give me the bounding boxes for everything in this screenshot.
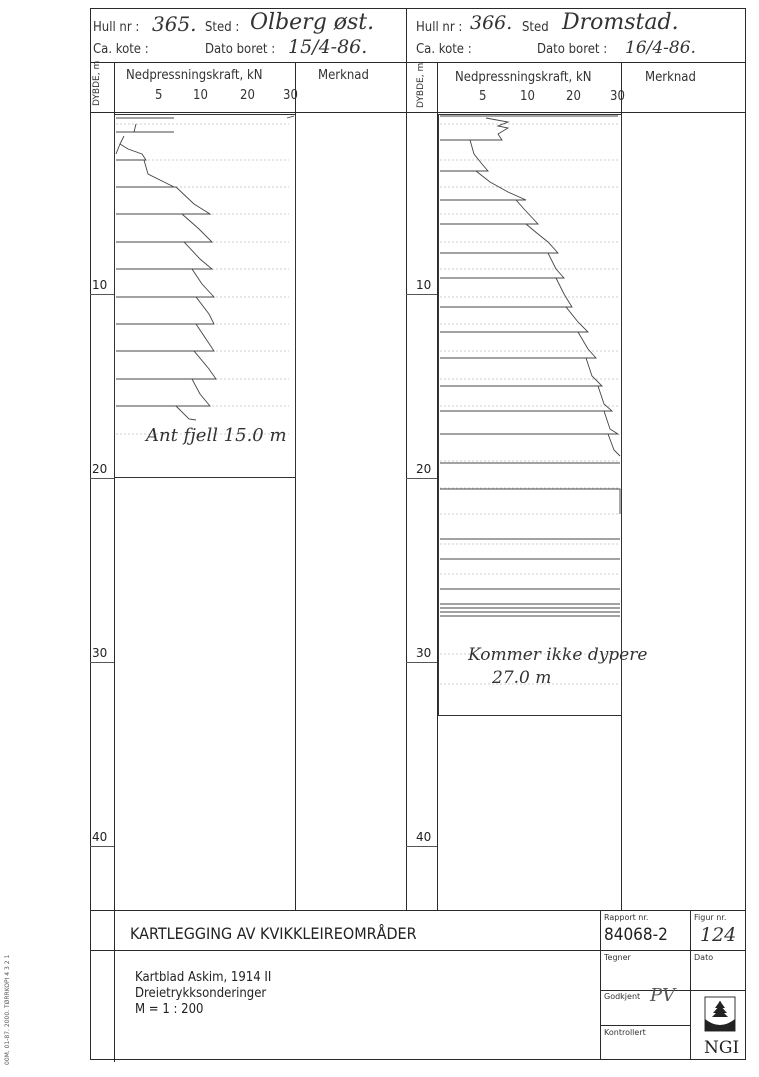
right-dato-label: Dato boret :	[537, 42, 607, 57]
left-sounding-curve	[114, 114, 296, 478]
left-depth-40-line	[90, 846, 114, 847]
right-hull-label: Hull nr :	[416, 20, 462, 35]
left-depth-20-line	[90, 478, 114, 479]
left-tick-10: 10	[193, 88, 208, 103]
left-depth-20: 20	[92, 462, 107, 476]
right-tick-10: 10	[520, 89, 535, 104]
right-depth-20-line	[406, 478, 437, 479]
title-block-top	[90, 910, 746, 911]
godkjent-label: Godkjent	[604, 992, 640, 1001]
title-block-col2	[690, 910, 691, 1060]
left-annotation: Ant fjell 15.0 m	[146, 425, 287, 446]
right-annotation-line1: Kommer ikke dypere	[468, 645, 647, 665]
right-axis-divider	[406, 112, 746, 113]
ngi-logo-text: NGI	[704, 1038, 739, 1058]
left-depth-10-line	[90, 294, 114, 295]
project-title: KARTLEGGING AV KVIKKLEIREOMRÅDER	[130, 924, 417, 943]
left-sted-label: Sted :	[205, 20, 239, 35]
right-depth-10: 10	[416, 278, 431, 292]
right-sounding-curve	[438, 114, 622, 716]
figur-divider	[690, 950, 746, 951]
left-depth-40: 40	[92, 830, 107, 844]
left-sted: Olberg øst.	[250, 10, 374, 35]
left-depth-30-line	[90, 662, 114, 663]
left-hull-label: Hull nr :	[93, 20, 139, 35]
right-force-axis-label: Nedpressningskraft, kN	[455, 70, 591, 85]
right-kote-label: Ca. kote :	[416, 42, 472, 57]
print-side-note: 00M. 01-87. 2000. TØRRKOPI 4 3 2 1	[4, 955, 11, 1065]
right-tick-5: 5	[479, 89, 486, 104]
left-depth-axis-label: DYBDE, m	[92, 61, 102, 106]
left-tick-20: 20	[240, 88, 255, 103]
rapport-label: Rapport nr.	[604, 913, 648, 922]
left-header-divider	[90, 62, 406, 63]
figur-label: Figur nr.	[694, 913, 726, 922]
left-dato-label: Dato boret :	[205, 42, 275, 57]
left-force-axis-label: Nedpressningskraft, kN	[126, 68, 262, 83]
title-block-col1	[600, 910, 601, 1060]
left-tick-5: 5	[155, 88, 162, 103]
left-tick-30: 30	[283, 88, 298, 103]
right-sted-label: Sted	[522, 20, 549, 35]
scale-text: M = 1 : 200	[135, 1002, 203, 1017]
left-depth-10: 10	[92, 278, 107, 292]
dato-label: Dato	[694, 953, 713, 962]
right-sted: Dromstad.	[562, 10, 679, 35]
right-depth-30-line	[406, 662, 437, 663]
godkjent-divider	[600, 1025, 690, 1026]
left-axis-divider	[90, 112, 406, 113]
right-depth-10-line	[406, 294, 437, 295]
left-hull-nr: 365.	[152, 12, 197, 36]
left-kote-label: Ca. kote :	[93, 42, 149, 57]
rapport-nr: 84068-2	[604, 925, 668, 945]
figur-nr: 124	[700, 924, 736, 946]
right-dato: 16/4-86.	[625, 38, 696, 58]
right-annotation-line2: 27.0 m	[492, 668, 551, 688]
ngi-tree-logo-icon	[703, 995, 737, 1033]
godkjent-signature: PV	[650, 985, 675, 1006]
right-header-divider	[406, 62, 746, 63]
right-hull-nr: 366.	[470, 12, 512, 34]
kontrollert-label: Kontrollert	[604, 1028, 646, 1037]
right-depth-40-line	[406, 846, 437, 847]
kartblad-text: Kartblad Askim, 1914 II	[135, 970, 271, 985]
method-text: Dreietrykksonderinger	[135, 986, 266, 1001]
left-remark-label: Merknad	[318, 68, 369, 83]
left-dato: 15/4-86.	[288, 36, 367, 58]
right-tick-20: 20	[566, 89, 581, 104]
right-depth-30: 30	[416, 646, 431, 660]
logs-divider	[406, 8, 407, 910]
right-remark-label: Merknad	[645, 70, 696, 85]
right-depth-20: 20	[416, 462, 431, 476]
right-tick-30: 30	[610, 89, 625, 104]
right-depth-40: 40	[416, 830, 431, 844]
right-depth-axis-label: DYBDE, m	[416, 63, 426, 108]
left-depth-30: 30	[92, 646, 107, 660]
tegner-label: Tegner	[604, 953, 631, 962]
